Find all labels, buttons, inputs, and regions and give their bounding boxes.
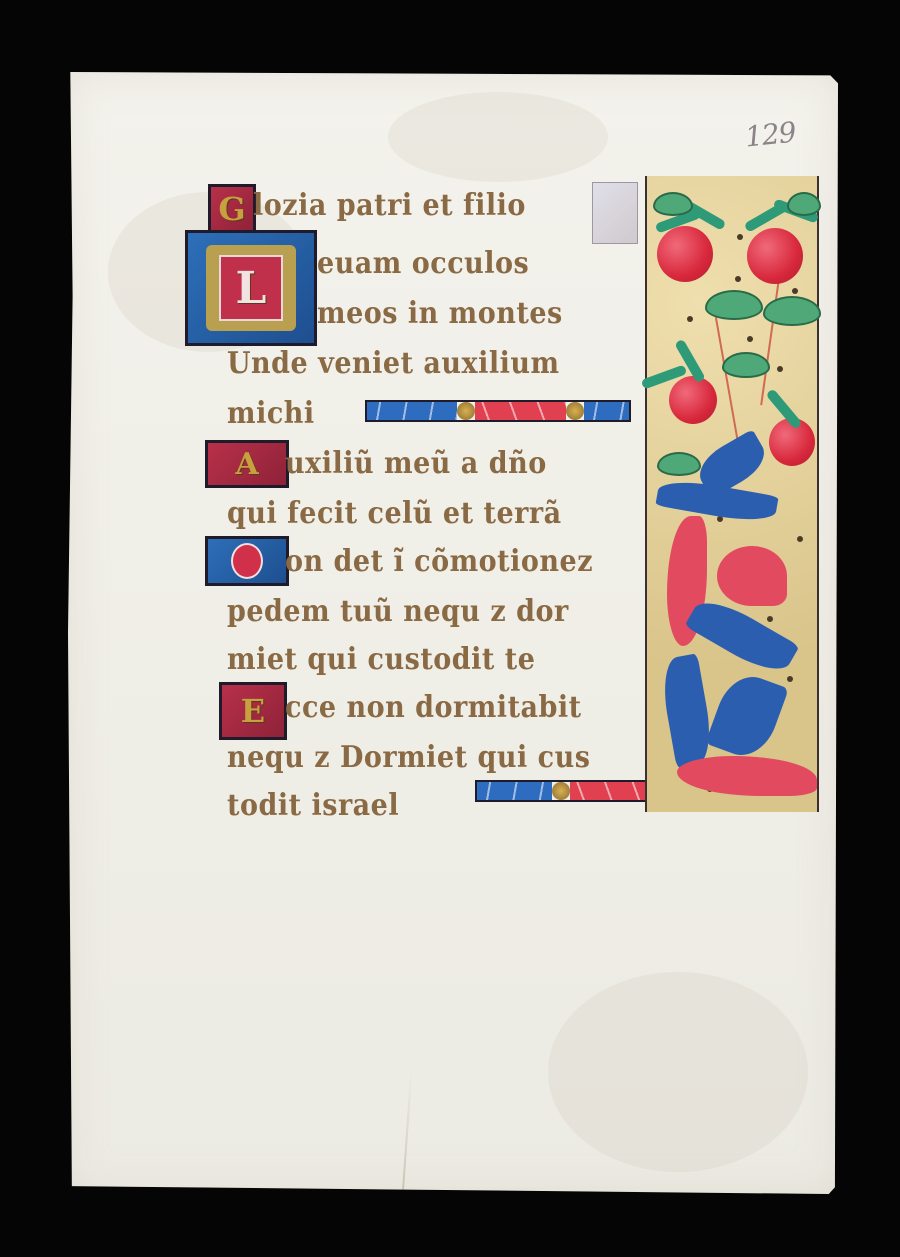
- gold-ground-dot: [735, 276, 741, 282]
- initial-l: L: [185, 230, 317, 346]
- filler-gold-dot: [566, 402, 584, 420]
- initial-panel: L: [219, 255, 283, 321]
- green-leaf: [657, 452, 701, 476]
- faded-miniature: [592, 182, 638, 244]
- gold-ground-dot: [787, 676, 793, 682]
- text-line: michi: [227, 392, 315, 437]
- text-line: on det ĩ cõmotionez: [285, 540, 593, 585]
- blue-acanthus: [658, 653, 716, 768]
- initial-g: G: [208, 184, 256, 234]
- initial-letter: E: [241, 692, 265, 730]
- initial-letter: G: [218, 190, 245, 228]
- green-leaf: [705, 290, 763, 320]
- vine-stem: [715, 317, 741, 455]
- decorated-border: [645, 176, 819, 812]
- green-leaf: [722, 352, 770, 378]
- text-line: meos in montes: [317, 292, 563, 337]
- text-line: qui fecit celũ et terrã: [227, 492, 562, 537]
- stain: [548, 972, 808, 1172]
- green-leaf: [763, 296, 821, 326]
- gold-ground-dot: [767, 616, 773, 622]
- line-filler: [365, 400, 631, 422]
- blue-acanthus: [705, 668, 789, 764]
- gold-ground-dot: [777, 366, 783, 372]
- text-line: Unde veniet auxilium: [227, 342, 560, 387]
- text-line: pedem tuũ nequ z dor: [227, 590, 569, 635]
- folio-number: 129: [743, 115, 797, 153]
- gold-ground-dot: [747, 336, 753, 342]
- filler-gold-dot: [552, 782, 570, 800]
- line-filler: [475, 780, 647, 802]
- initial-a: A: [205, 440, 289, 488]
- initial-n: N: [205, 536, 289, 586]
- text-line: cce non dormitabit: [285, 686, 582, 731]
- text-line: uxiliũ meũ a dño: [285, 442, 547, 487]
- text-line: euam occulos: [317, 242, 529, 287]
- text-line: nequ z Dormiet qui cus: [227, 736, 590, 781]
- gold-ground-dot: [797, 536, 803, 542]
- crease: [402, 1072, 413, 1194]
- gold-ground-dot: [687, 316, 693, 322]
- initial-letter: A: [235, 447, 258, 482]
- gold-ground-dot: [792, 288, 798, 294]
- gold-ground-dot: [737, 234, 743, 240]
- initial-e: E: [219, 682, 287, 740]
- initial-letter: L: [236, 263, 267, 314]
- strawberry-icon: [669, 376, 717, 424]
- filler-blue-segment: [477, 782, 552, 800]
- stain: [388, 92, 608, 182]
- green-leaf: [787, 192, 821, 216]
- green-leaf: [653, 192, 693, 216]
- filler-blue-segment: [584, 402, 629, 420]
- filler-red-segment: [570, 782, 645, 800]
- text-line: miet qui custodit te: [227, 638, 535, 683]
- initial-ornament: [231, 543, 263, 579]
- red-acanthus: [717, 546, 787, 606]
- strawberry-icon: [657, 226, 713, 282]
- red-acanthus: [677, 756, 817, 796]
- strawberry-icon: [747, 228, 803, 284]
- filler-red-segment: [475, 402, 565, 420]
- filler-blue-segment: [367, 402, 457, 420]
- filler-gold-dot: [457, 402, 475, 420]
- text-line: lozia patri et filio: [253, 184, 526, 229]
- text-line: todit israel: [227, 784, 399, 829]
